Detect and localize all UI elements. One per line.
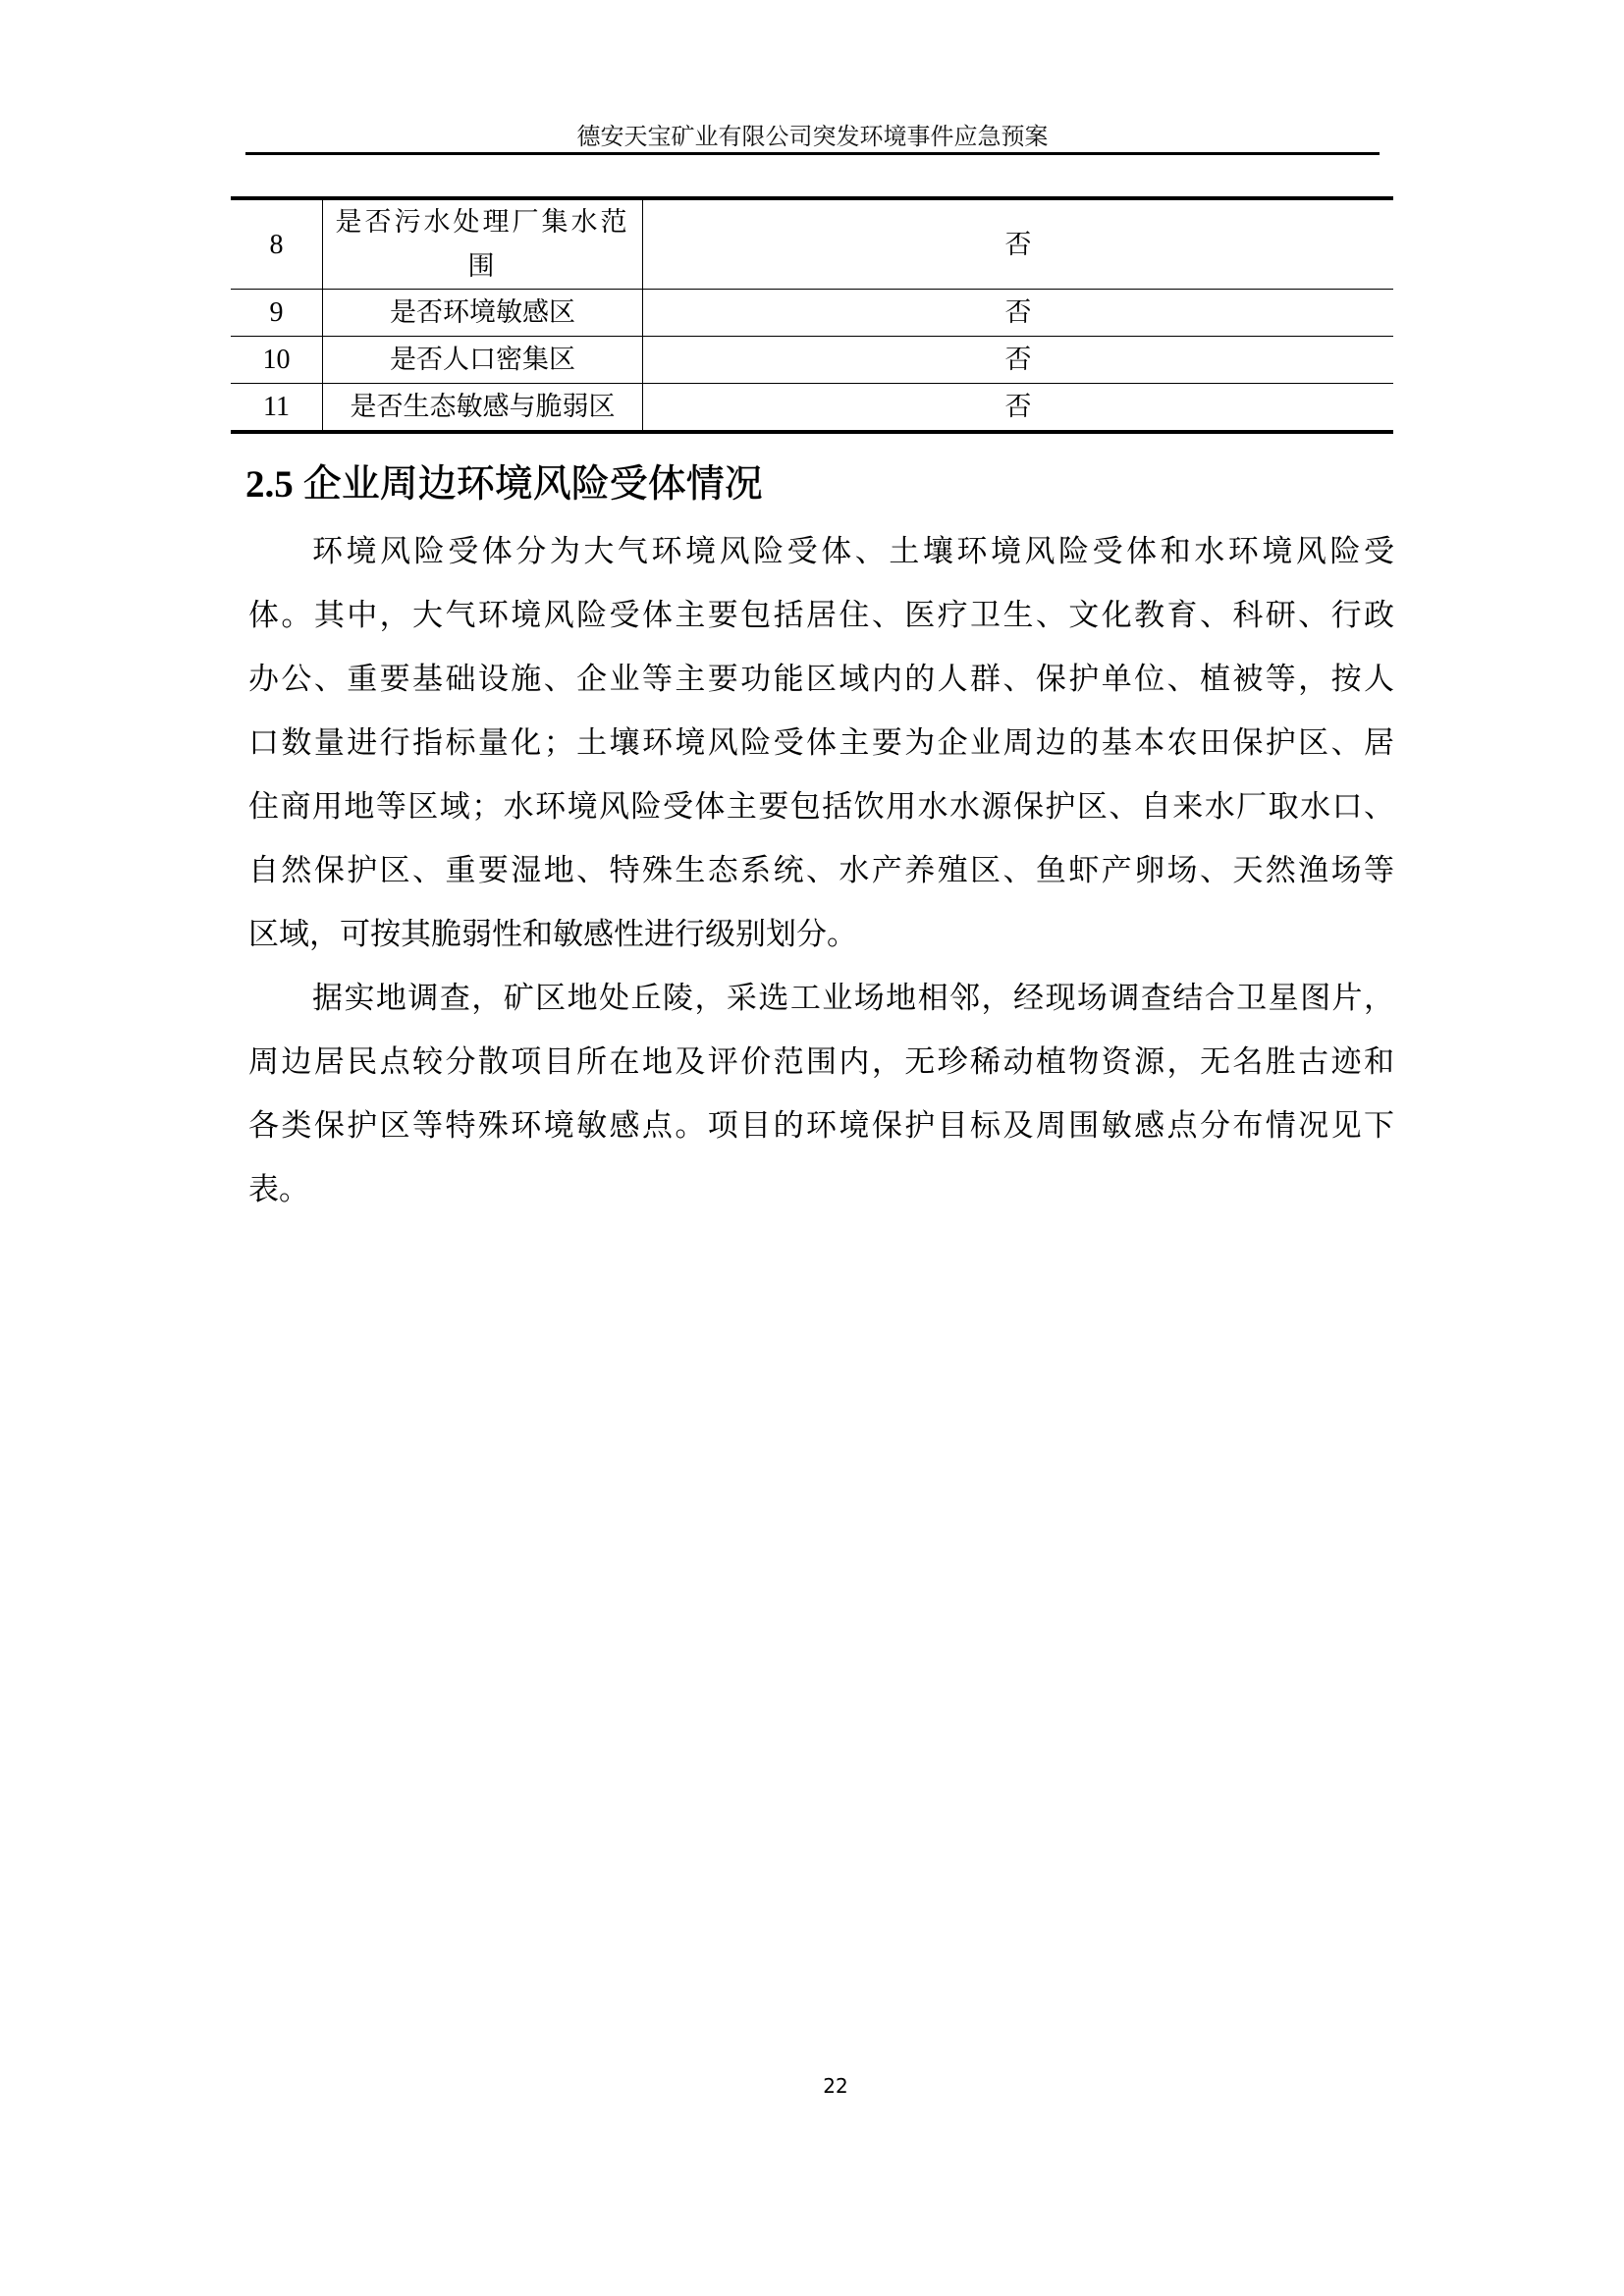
paragraph-line: 据实地调查，矿区地处丘陵，采选工业场地相邻，经现场调查结合卫星图片， xyxy=(248,967,1394,1031)
row-value: 否 xyxy=(643,198,1394,290)
page-header-title: 德安天宝矿业有限公司突发环境事件应急预案 xyxy=(245,120,1380,153)
section-heading: 2.5企业周边环境风险受体情况 xyxy=(245,459,763,508)
paragraph-line: 区域，可按其脆弱性和敏感性进行级别划分。 xyxy=(248,903,1394,967)
row-item: 是否生态敏感与脆弱区 xyxy=(323,384,643,433)
section-title: 企业周边环境风险受体情况 xyxy=(303,462,763,507)
row-value: 否 xyxy=(643,337,1394,384)
paragraph-line: 办公、重要基础设施、企业等主要功能区域内的人群、保护单位、植被等，按人 xyxy=(248,648,1394,712)
section-number: 2.5 xyxy=(245,463,294,506)
paragraph-line: 住商用地等区域；水环境风险受体主要包括饮用水水源保护区、自来水厂取水口、 xyxy=(248,775,1394,839)
risk-assessment-table: 8 是否污水处理厂集水范 围 否 9 是否环境敏感区 否 10 是否人口密集区 … xyxy=(231,196,1393,434)
table-row: 10 是否人口密集区 否 xyxy=(231,337,1393,384)
paragraph-line: 各类保护区等特殊环境敏感点。项目的环境保护目标及周围敏感点分布情况见下 xyxy=(248,1095,1394,1158)
row-item: 是否污水处理厂集水范 围 xyxy=(323,198,643,290)
table-row: 9 是否环境敏感区 否 xyxy=(231,290,1393,337)
row-number: 8 xyxy=(231,198,323,290)
page-number: 22 xyxy=(785,2071,886,2101)
row-number: 10 xyxy=(231,337,323,384)
row-number: 9 xyxy=(231,290,323,337)
row-value: 否 xyxy=(643,290,1394,337)
header-rule xyxy=(245,152,1380,155)
row-item-line: 是否污水处理厂集水范 xyxy=(323,200,642,244)
table-row: 11 是否生态敏感与脆弱区 否 xyxy=(231,384,1393,433)
table-row: 8 是否污水处理厂集水范 围 否 xyxy=(231,198,1393,290)
paragraph-risk-receptors: 环境风险受体分为大气环境风险受体、土壤环境风险受体和水环境风险受 体。其中，大气… xyxy=(248,520,1394,967)
row-item-line: 围 xyxy=(323,244,642,289)
row-item: 是否环境敏感区 xyxy=(323,290,643,337)
row-number: 11 xyxy=(231,384,323,433)
paragraph-line: 表。 xyxy=(248,1158,1394,1222)
paragraph-site-survey: 据实地调查，矿区地处丘陵，采选工业场地相邻，经现场调查结合卫星图片， 周边居民点… xyxy=(248,967,1394,1222)
paragraph-line: 周边居民点较分散项目所在地及评价范围内，无珍稀动植物资源，无名胜古迹和 xyxy=(248,1031,1394,1095)
paragraph-line: 自然保护区、重要湿地、特殊生态系统、水产养殖区、鱼虾产卵场、天然渔场等 xyxy=(248,839,1394,903)
paragraph-line: 体。其中，大气环境风险受体主要包括居住、医疗卫生、文化教育、科研、行政 xyxy=(248,584,1394,648)
row-value: 否 xyxy=(643,384,1394,433)
paragraph-line: 口数量进行指标量化；土壤环境风险受体主要为企业周边的基本农田保护区、居 xyxy=(248,712,1394,775)
paragraph-line: 环境风险受体分为大气环境风险受体、土壤环境风险受体和水环境风险受 xyxy=(248,520,1394,584)
row-item: 是否人口密集区 xyxy=(323,337,643,384)
